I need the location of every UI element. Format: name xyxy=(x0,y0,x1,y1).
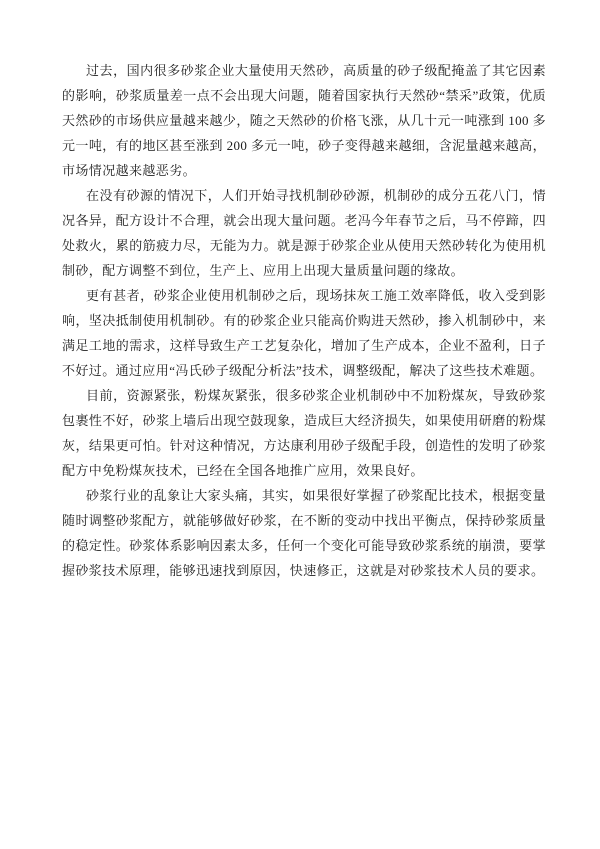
paragraph-natural-sand-history: 过去，国内很多砂浆企业大量使用天然砂，高质量的砂子级配掩盖了其它因素的影响，砂浆… xyxy=(62,58,546,183)
document-body: 过去，国内很多砂浆企业大量使用天然砂，高质量的砂子级配掩盖了其它因素的影响，砂浆… xyxy=(62,58,546,583)
paragraph-plaster-worker-resistance: 更有甚者，砂浆企业使用机制砂之后，现场抹灰工施工效率降低，收入受到影响，坚决抵制… xyxy=(62,283,546,383)
document-page: 过去，国内很多砂浆企业大量使用天然砂，高质量的砂子级配掩盖了其它因素的影响，砂浆… xyxy=(0,0,600,849)
paragraph-machine-sand-problems: 在没有砂源的情况下，人们开始寻找机制砂砂源，机制砂的成分五花八门，情况各异，配方… xyxy=(62,183,546,283)
paragraph-mortar-industry-summary: 砂浆行业的乱象让大家头痛，其实，如果很好掌握了砂浆配比技术，根据变量随时调整砂浆… xyxy=(62,483,546,583)
paragraph-fly-ash-shortage: 目前，资源紧张，粉煤灰紧张，很多砂浆企业机制砂中不加粉煤灰，导致砂浆包裹性不好，… xyxy=(62,383,546,483)
